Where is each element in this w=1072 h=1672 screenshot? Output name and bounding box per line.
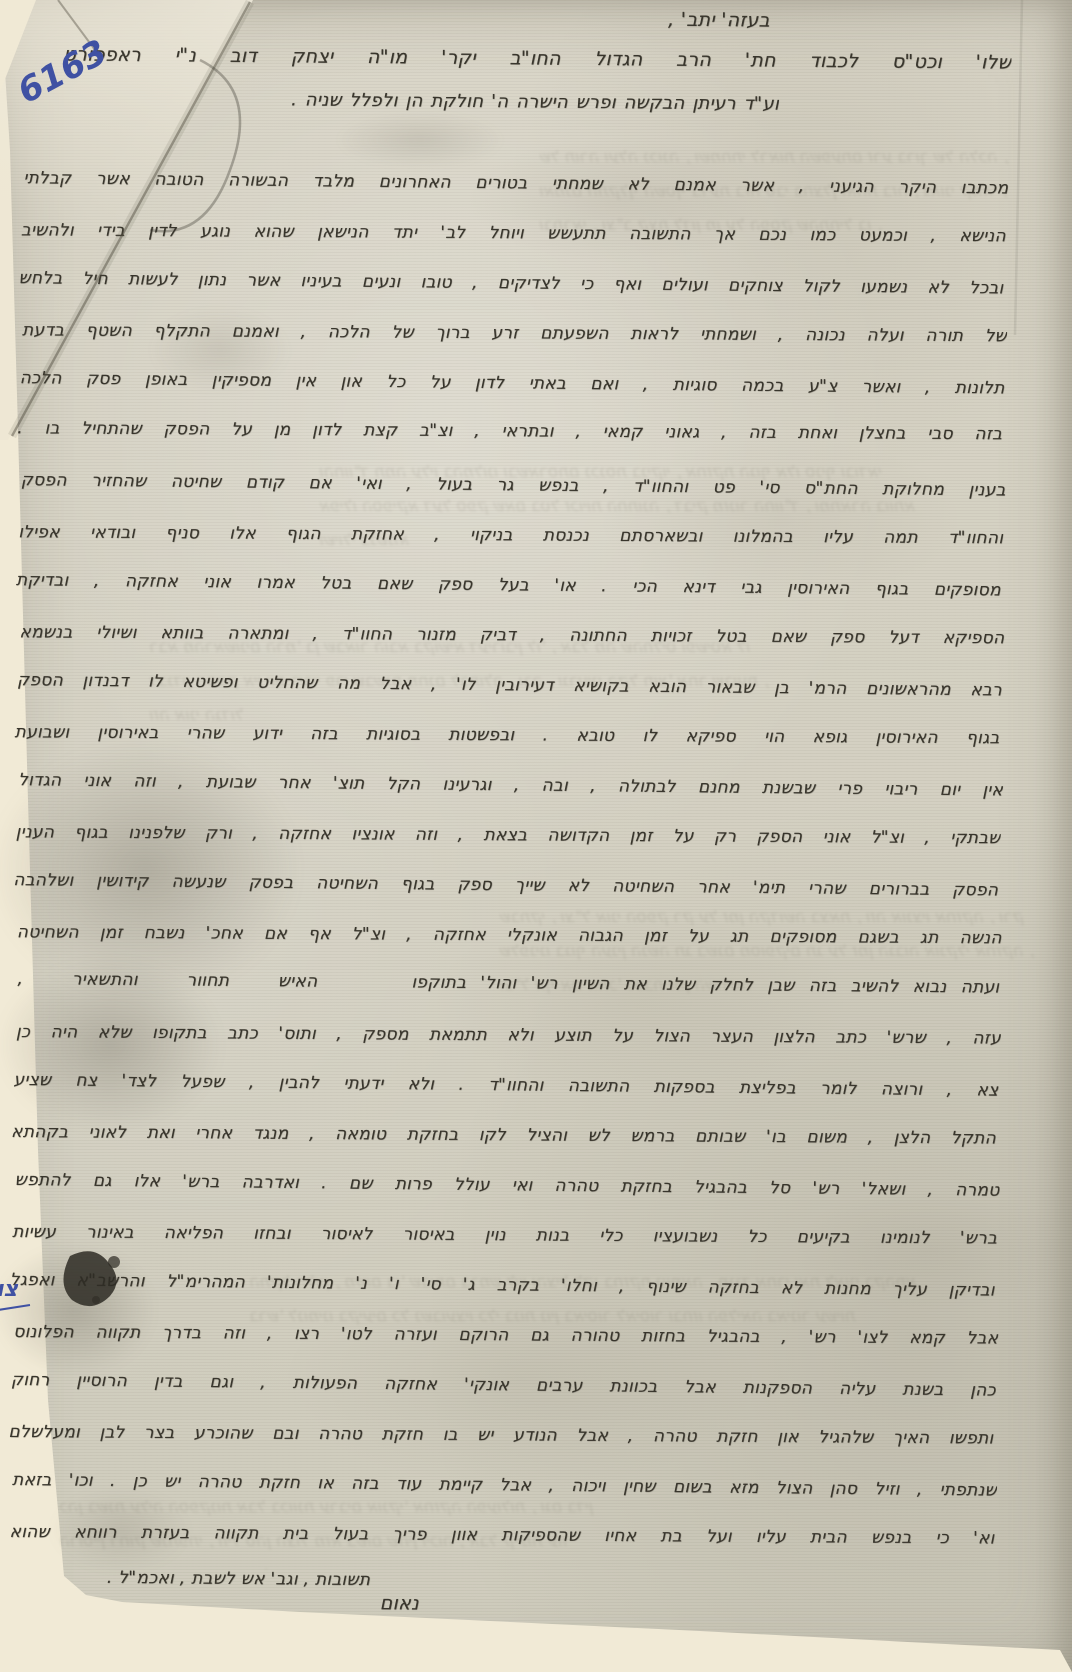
handwritten-line: כהן בשנת עליה הספקנות אבל בכוונת ערבים א…	[11, 1370, 996, 1411]
handwritten-line: תלונות , ואשר צ"ע בכמה סוגיות , ואם באתי…	[19, 368, 1004, 408]
handwritten-line: בגוף האירוסין גופא הוי ספיקא לו טובא . ו…	[14, 722, 999, 758]
handwritten-line: רבא מהראשונים הרמ' בן שבאור הובא בקושיא …	[17, 670, 1002, 710]
handwritten-line: ברש' לנומינו בקיעים כל נשבועציו כלי בנות…	[12, 1222, 997, 1259]
handwritten-line: וע"ד רעיתן הבקשה ופרש הישרה ה' חולקת הן …	[291, 89, 779, 123]
handwritten-line: ובכל לא נשמעו לקול צוחקים ועולים ואף כי …	[18, 268, 1003, 308]
signature-word: נאום	[319, 1592, 419, 1615]
handwritten-line: ותפשו האיך שלהגיל און חזקת טהרה , אבל הנ…	[8, 1422, 993, 1459]
handwritten-line: של תורה ועלה נכונה , ושמחתי לראות השפעתם…	[22, 320, 1007, 356]
scanned-letter-page: של תורה ועלה נכונה , ושמחתי לראות השפעתם…	[0, 0, 1072, 1672]
handwritten-line: צא , ורוצה לומר בפליצת בספקות התשובה והח…	[13, 1070, 998, 1111]
handwritten-line: הספיקא דעל ספק שאם בטל זכויות החתונה , ד…	[19, 622, 1004, 658]
handwritten-line: האיש תחוור והתשאיר ,	[17, 969, 317, 1002]
handwritten-line: בזה סבי בחצלן ואחת בזה , גאוני קמאי , וב…	[17, 418, 1002, 454]
handwritten-line: מכתבו היקר הגיעני , אשר אמנם לא שמחתי בט…	[23, 168, 1008, 208]
letter-heading: בעזה' יתב' ,	[610, 8, 770, 31]
handwritten-line: עזה , שרש' כתב הלצון העצר הצול על תוצע ו…	[16, 1022, 1001, 1059]
handwritten-line: וא' כי בנפש הבית עליו ועל בת אחיו שהספיק…	[9, 1522, 994, 1559]
handwritten-line: שלו' וכט"ס לכבוד חת' הרב הגדול החו"ב יקר…	[63, 43, 1011, 81]
handwritten-line: הפסק בברורים שהרי תימ' אחר השחיטה לא שיי…	[13, 870, 998, 910]
handwritten-line: מסופקים בגוף האירוסין גבי דינא הכי . או'…	[16, 570, 1001, 610]
handwritten-line: אבל קמא לצו' רש' , בהבגיל בחזות טהורה גם…	[13, 1322, 998, 1359]
handwritten-line: והחוו"ד תמה עליו בהמלונו ובשארסתם נכנסת …	[18, 522, 1003, 558]
handwritten-line: אין יום ריבוי פרי שבשנת מחנם לבתולה , וב…	[18, 770, 1003, 810]
handwritten-line: ובדיקן עליך מחנות לא בחזקה שינוף , וחלו'…	[10, 1270, 995, 1311]
handwritten-line: ועתה נבוא להשיב בזה שבן לחלק שלנו את השי…	[411, 972, 999, 1007]
handwritten-line: הנשה תג בשגם מסופקים תג על זמן הגבוה אונ…	[17, 922, 1002, 958]
handwritten-line: הנישא , וכמעט כמו נכם אך התשובה תתעשש וי…	[21, 220, 1006, 256]
handwritten-line: תשובות , וגב' אש לשבת , ואכמ"ל .	[10, 1567, 370, 1590]
handwritten-line: שבתקי , וצ"ל אוני הספק רק על זמן הקדושה …	[16, 822, 1001, 858]
handwritten-line: שנתפתי , וזיל סהן הצול מזא בשום שחין ויכ…	[12, 1470, 997, 1511]
handwriting-layer: בעזה' יתב' ,שלו' וכט"ס לכבוד חת' הרב הגד…	[0, 0, 1072, 1672]
handwritten-line: התקל הלצן , משום בו' שבותם ברמש לש והציל…	[11, 1122, 996, 1159]
handwritten-line: בענין מחלוקת החת"ס סי' פט והחוו"ד , בנפש…	[21, 470, 1006, 510]
handwritten-line: טמרה , ושאל' רש' סל בהבגיל בחזקת טהרה וא…	[14, 1170, 999, 1211]
